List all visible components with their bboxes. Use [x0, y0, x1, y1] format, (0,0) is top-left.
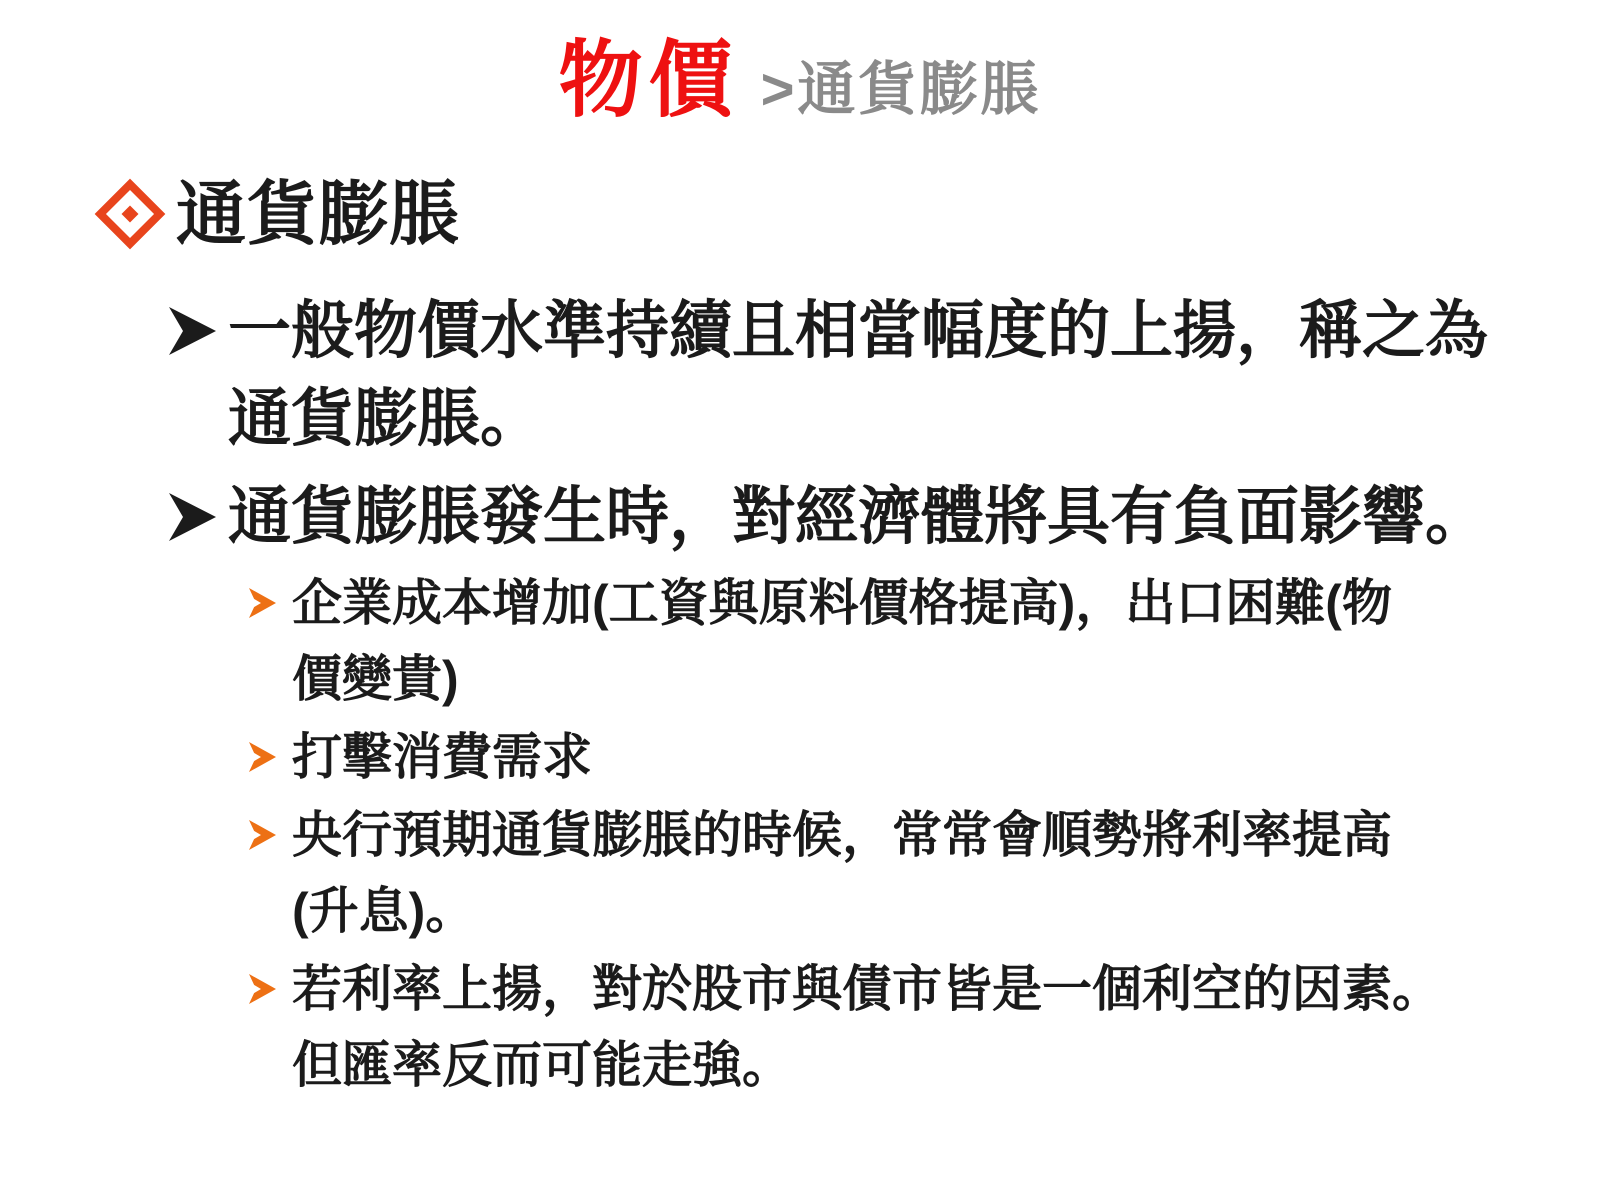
bullet-item: 一般物價水準持續且相當幅度的上揚，稱之為 通貨膨脹。	[166, 287, 1566, 463]
sub-bullet-item: 央行預期通貨膨脹的時候，常常會順勢將利率提高 (升息)。	[248, 797, 1566, 949]
slide-body: 一般物價水準持續且相當幅度的上揚，稱之為 通貨膨脹。 通貨膨脹發生時，對經濟體將…	[166, 287, 1566, 1103]
sub-bullet-item: 若利率上揚，對於股市與債市皆是一個利空的因素。 但匯率反而可能走強。	[248, 951, 1566, 1103]
sub-bullet-list: 企業成本增加(工資與原料價格提高)，出口困難(物 價變貴) 打擊消費需求 央行預…	[166, 565, 1566, 1103]
orange-arrowhead-icon	[248, 587, 292, 624]
sub-bullet-text: 企業成本增加(工資與原料價格提高)，出口困難(物 價變貴)	[292, 565, 1392, 717]
section-heading-text: 通貨膨脹	[176, 172, 460, 256]
sub-bullet-text: 央行預期通貨膨脹的時候，常常會順勢將利率提高 (升息)。	[292, 797, 1392, 949]
section-heading-row: 通貨膨脹	[92, 172, 460, 256]
sub-bullet-item: 企業成本增加(工資與原料價格提高)，出口困難(物 價變貴)	[248, 565, 1566, 717]
sub-bullet-item: 打擊消費需求	[248, 719, 1566, 795]
orange-arrowhead-icon	[248, 973, 292, 1010]
arrowhead-icon	[166, 491, 228, 548]
bullet-text: 通貨膨脹發生時，對經濟體將具有負面影響。	[228, 473, 1488, 561]
nested-diamond-icon	[92, 176, 168, 252]
sub-bullet-text: 打擊消費需求	[292, 719, 592, 795]
arrowhead-icon	[166, 305, 228, 362]
bullet-item: 通貨膨脹發生時，對經濟體將具有負面影響。	[166, 473, 1566, 561]
bullet-text: 一般物價水準持續且相當幅度的上揚，稱之為 通貨膨脹。	[228, 287, 1488, 463]
orange-arrowhead-icon	[248, 819, 292, 856]
presentation-slide: 物價 >通貨膨脹 通貨膨脹 一般物價水準持續且相當幅度的上揚，稱之為 通貨膨脹。…	[0, 0, 1600, 1200]
orange-arrowhead-icon	[248, 741, 292, 778]
sub-bullet-text: 若利率上揚，對於股市與債市皆是一個利空的因素。 但匯率反而可能走強。	[292, 951, 1442, 1103]
page-title: 物價	[559, 34, 739, 126]
slide-header: 物價 >通貨膨脹	[0, 34, 1600, 126]
page-subtitle: >通貨膨脹	[761, 58, 1042, 122]
